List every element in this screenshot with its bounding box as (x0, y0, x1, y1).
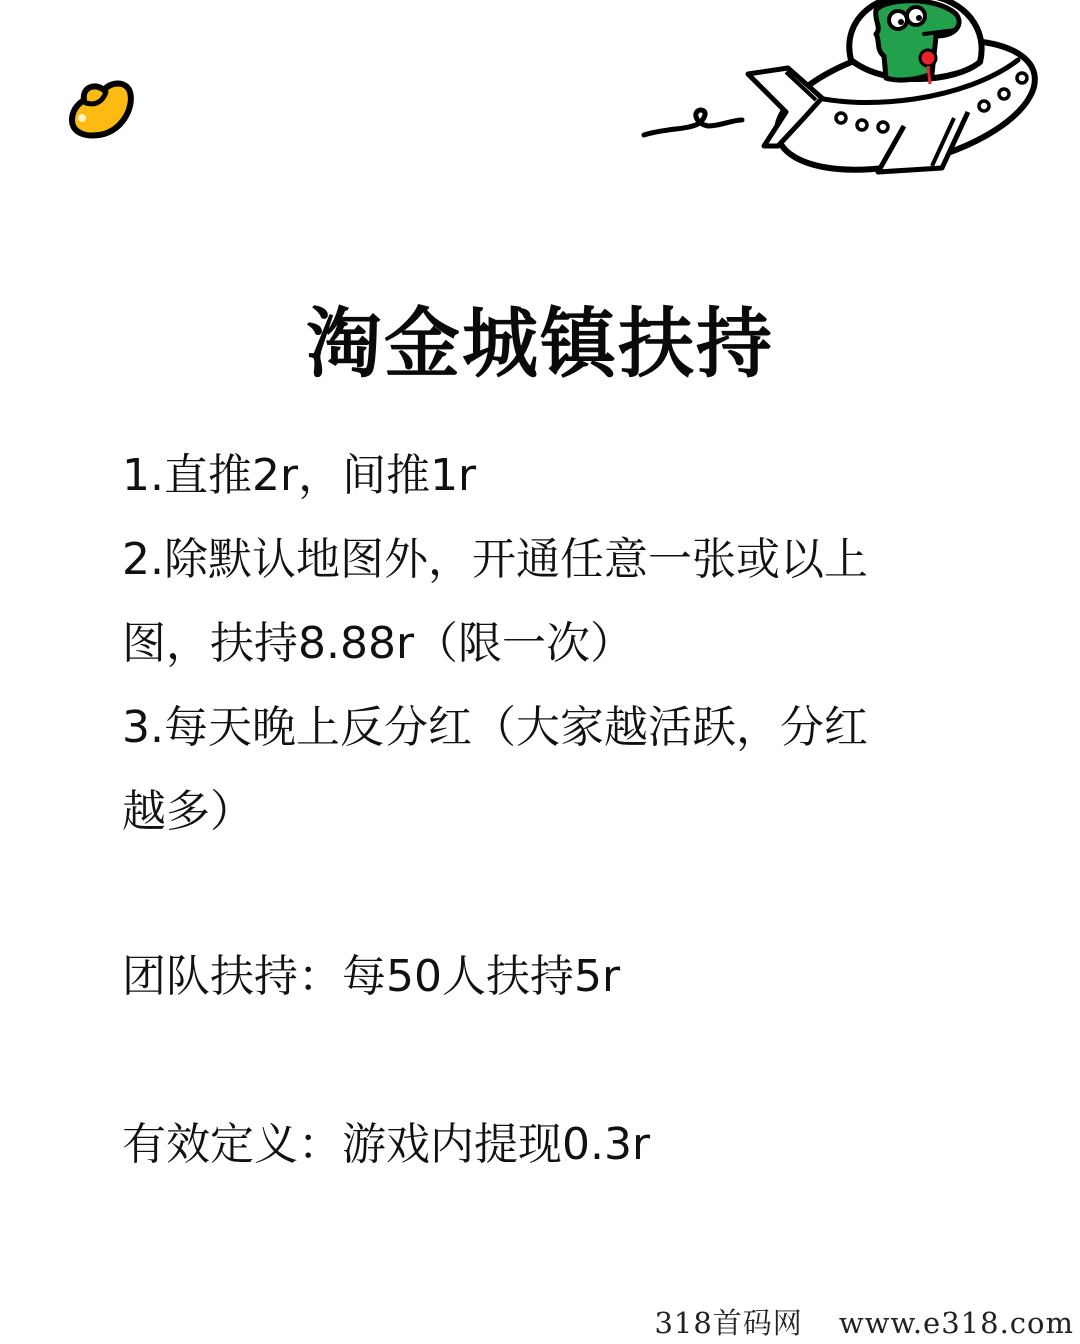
page-title: 淘金城镇扶持 (0, 296, 1080, 392)
valid-definition-text: 有效定义：游戏内提现0.3r (122, 1103, 650, 1187)
watermark-site-name: 318首码网 (654, 1306, 802, 1340)
rule-item-3-line-2: 越多） (122, 770, 942, 854)
rule-item-2-line-2: 图，扶持8.88r（限一次） (122, 602, 942, 686)
watermark: 318首码网www.e318.com (654, 1301, 1074, 1342)
dinosaur-ufo-illustration (636, 0, 1056, 190)
bean-logo-icon (64, 76, 138, 142)
rule-item-3-line-1: 3.每天晚上反分红（大家越活跃，分红 (122, 686, 942, 770)
rules-list: 1.直推2r，间推1r 2.除默认地图外，开通任意一张或以上 图，扶持8.88r… (122, 434, 942, 854)
team-support-text: 团队扶持：每50人扶持5r (122, 935, 620, 1019)
watermark-url: www.e318.com (839, 1306, 1074, 1340)
rule-item-2-line-1: 2.除默认地图外，开通任意一张或以上 (122, 518, 942, 602)
rule-item-1: 1.直推2r，间推1r (122, 434, 942, 518)
